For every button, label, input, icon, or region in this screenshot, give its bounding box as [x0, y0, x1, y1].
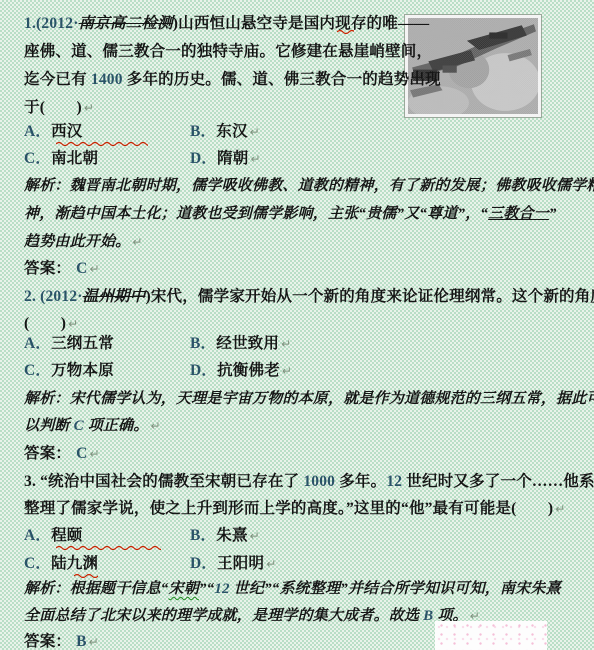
q2-option-c: C．万物本原 — [24, 361, 190, 381]
q2-option-c-text: 万物本原 — [51, 362, 114, 379]
q2-option-a-key: A． — [24, 335, 51, 352]
worksheet-page: 1.(2012·南京高二检测)山西恒山悬空寺是国内现存的唯—— 座佛、道、儒三教… — [0, 0, 594, 650]
q3-option-c-key: C． — [24, 555, 51, 572]
q3-option-b: B．朱熹 — [190, 527, 248, 544]
q1-option-c-text: 南北朝 — [51, 150, 98, 167]
q2-options-row-cd: C．万物本原D．抗衡佛老↵ — [24, 361, 292, 381]
q1-analysis-underlined-term: 三教合一 — [488, 206, 549, 222]
q2-analysis-letter: C — [74, 418, 84, 434]
q1-stem-text: )山西恒山悬空寺是国内现存的唯—— — [173, 15, 430, 32]
q3-option-a-key: A． — [24, 527, 51, 544]
q1-answer-row: 答案：C↵ — [24, 259, 100, 279]
q1-source-citation: 南京高二检测 — [79, 15, 173, 32]
paragraph-mark: ↵ — [250, 529, 260, 543]
q1-stem-line4: 于( )↵ — [24, 98, 94, 118]
paragraph-mark: ↵ — [250, 125, 260, 139]
q3-stem-text: 世纪时又多了一个……他系统 — [402, 473, 594, 490]
q3-stem-text: 整理了儒家学说，使之上升到形而上学的高度。”这里的“他”最有可能是( ) — [24, 500, 553, 517]
q3-analysis-letter: B — [423, 608, 433, 624]
q1-option-d-key: D． — [190, 150, 217, 167]
q3-analysis-text: ”“ — [199, 581, 214, 597]
q1-option-a-key: A． — [24, 123, 51, 140]
q2-source-citation: 温州期中 — [83, 288, 146, 305]
paragraph-mark: ↵ — [90, 447, 100, 461]
q3-answer-letter: B — [76, 633, 87, 650]
q1-analysis-text: 神，渐趋中国本土化；道教也受到儒学影响，主张“贵儒”又“尊道”，“ — [24, 206, 488, 222]
q3-analysis-line2: 全面总结了北宋以来的理学成就，是理学的集大成者。故选 B 项。↵ — [24, 606, 480, 626]
paragraph-mark: ↵ — [90, 262, 100, 276]
q2-option-b: B．经世致用 — [190, 335, 279, 352]
paragraph-mark: ↵ — [251, 152, 261, 166]
q3-analysis-text: 根据题干信息“ — [70, 581, 169, 597]
q1-answer-letter: C — [76, 260, 87, 277]
q2-options-row-ab: A．三纲五常B．经世致用↵ — [24, 334, 291, 354]
q2-option-d-key: D． — [190, 362, 217, 379]
q3-option-d: D．王阳明 — [190, 555, 264, 572]
q2-option-d-text: 抗衡佛老 — [217, 362, 280, 379]
spellcheck-squiggle-red — [56, 544, 161, 550]
q2-option-a: A．三纲五常 — [24, 334, 190, 354]
q3-stem-text: 多年。 — [335, 473, 386, 490]
paragraph-mark: ↵ — [132, 235, 142, 249]
q1-option-b-key: B． — [190, 123, 216, 140]
paragraph-mark: ↵ — [68, 317, 78, 331]
q1-options-row-ab: A．西汉B．东汉↵ — [24, 122, 260, 142]
q3-options-row-ab: A．程颐B．朱熹↵ — [24, 526, 260, 546]
q1-stem-line3: 迄今已有 1400 多年的历史。儒、道、佛三教合一的趋势出现 — [24, 70, 441, 90]
q3-analysis-text: 全面总结了北宋以来的理学成就，是理学的集大成者。故选 — [24, 608, 423, 624]
q1-stem-text: 迄今已有 — [24, 71, 91, 88]
q1-stem-number: 1400 — [91, 71, 123, 88]
q1-analysis-line1: 解析：魏晋南北朝时期，儒学吸收佛教、道教的精神，有了新的发展；佛教吸收儒学精 — [24, 176, 594, 196]
q1-analysis-line2: 神，渐趋中国本土化；道教也受到儒学影响，主张“贵儒”又“尊道”，“三教合一” — [24, 204, 557, 224]
q2-analysis-text: 项正确。 — [84, 418, 149, 434]
q2-number: 2. ( — [24, 288, 45, 305]
q3-stem-number: 12 — [386, 473, 402, 490]
q2-option-a-text: 三纲五常 — [51, 335, 114, 352]
q2-stem-line2: ( )↵ — [24, 314, 78, 334]
q3-option-a-text: 程颐 — [51, 527, 82, 544]
analysis-label: 解析： — [24, 581, 70, 597]
q2-analysis-text: 以判断 — [24, 418, 74, 434]
q1-analysis-text: 魏晋南北朝时期，儒学吸收佛教、道教的精神，有了新的发展；佛教吸收儒学精 — [70, 178, 594, 194]
q1-stem-text: 于( ) — [24, 99, 82, 116]
paragraph-mark: ↵ — [555, 502, 565, 516]
q2-analysis-line2: 以判断 C 项正确。↵ — [24, 416, 161, 436]
q2-source-year: 2012· — [45, 288, 82, 305]
q2-stem-text: )宋代，儒学家开始从一个新的角度来论证伦理纲常。这个新的角度是 — [145, 288, 594, 305]
q2-option-d: D．抗衡佛老 — [190, 362, 280, 379]
q2-option-c-key: C． — [24, 362, 51, 379]
q1-option-d-text: 隋朝 — [217, 150, 248, 167]
answer-label: 答案： — [24, 633, 71, 650]
spellcheck-squiggle-red — [337, 28, 354, 34]
answer-label: 答案： — [24, 260, 71, 277]
q1-analysis-text: ” — [549, 206, 557, 222]
q1-option-b-text: 东汉 — [216, 123, 247, 140]
q2-stem-text: ( ) — [24, 315, 66, 332]
q2-analysis-text: 宋代儒学认为，天理是宇宙万物的本原，就是作为道德规范的三纲五常，据此可 — [70, 391, 594, 407]
spellcheck-squiggle-red — [74, 572, 98, 578]
q1-stem-line1: 1.(2012·南京高二检测)山西恒山悬空寺是国内现存的唯—— — [24, 14, 429, 34]
q1-stem-line2: 座佛、道、儒三教合一的独特寺庙。它修建在悬崖峭壁间， — [24, 42, 432, 62]
paragraph-mark: ↵ — [84, 101, 94, 115]
q1-analysis-line3: 趋势由此开始。↵ — [24, 232, 143, 252]
q3-analysis-line1: 解析：根据题干信息“宋朝”“12 世纪”“系统整理”并结合所学知识可知，南宋朱熹 — [24, 579, 561, 599]
q3-option-c-text: 陆九渊 — [51, 555, 98, 572]
q3-analysis-grammarcheck-term: 宋朝 — [169, 581, 199, 597]
watermark-box — [435, 621, 547, 650]
q1-number: 1.( — [24, 15, 41, 32]
q3-answer-row: 答案：B↵ — [24, 632, 99, 650]
q1-stem-text: 多年的历史。儒、道、佛三教合一的趋势出现 — [123, 71, 441, 88]
q1-stem-text: 座佛、道、儒三教合一的独特寺庙。它修建在悬崖峭壁间， — [24, 43, 432, 60]
analysis-label: 解析： — [24, 391, 70, 407]
q3-stem-text: 3. “统治中国社会的儒教至宋朝已存在了 — [24, 473, 303, 490]
q3-stem-number: 1000 — [303, 473, 335, 490]
q3-analysis-text: 世纪”“系统整理”并结合所学知识可知，南宋朱熹 — [230, 581, 561, 597]
paragraph-mark: ↵ — [281, 337, 291, 351]
q1-option-c: C．南北朝 — [24, 149, 190, 169]
q3-option-a: A．程颐 — [24, 526, 190, 546]
q3-option-c: C．陆九渊 — [24, 554, 190, 574]
q2-analysis-line1: 解析：宋代儒学认为，天理是宇宙万物的本原，就是作为道德规范的三纲五常，据此可 — [24, 389, 594, 409]
q3-analysis-number: 12 — [214, 581, 229, 597]
paragraph-mark: ↵ — [282, 364, 292, 378]
q1-option-d: D．隋朝 — [190, 150, 249, 167]
q2-answer-letter: C — [76, 445, 87, 462]
paragraph-mark: ↵ — [266, 557, 276, 571]
q1-options-row-cd: C．南北朝D．隋朝↵ — [24, 149, 261, 169]
q2-stem-line1: 2. (2012·温州期中)宋代，儒学家开始从一个新的角度来论证伦理纲常。这个新… — [24, 287, 594, 307]
q1-option-a: A．西汉 — [24, 122, 190, 142]
q3-stem-line2: 整理了儒家学说，使之上升到形而上学的高度。”这里的“他”最有可能是( )↵ — [24, 499, 566, 519]
paragraph-mark: ↵ — [89, 635, 99, 649]
q1-option-c-key: C． — [24, 150, 51, 167]
q1-source-year: 2012· — [41, 15, 78, 32]
q3-option-b-text: 朱熹 — [216, 527, 247, 544]
q3-options-row-cd: C．陆九渊D．王阳明↵ — [24, 554, 276, 574]
q3-option-b-key: B． — [190, 527, 216, 544]
q1-analysis-text: 趋势由此开始。 — [24, 234, 130, 250]
q3-stem-line1: 3. “统治中国社会的儒教至宋朝已存在了 1000 多年。12 世纪时又多了一个… — [24, 472, 594, 492]
q1-option-a-text: 西汉 — [51, 123, 82, 140]
answer-label: 答案： — [24, 445, 71, 462]
spellcheck-squiggle-red — [56, 140, 148, 146]
q2-option-b-text: 经世致用 — [216, 335, 279, 352]
q1-option-b: B．东汉 — [190, 123, 248, 140]
q2-option-b-key: B． — [190, 335, 216, 352]
q2-answer-row: 答案：C↵ — [24, 444, 100, 464]
analysis-label: 解析： — [24, 178, 70, 194]
q3-option-d-text: 王阳明 — [217, 555, 264, 572]
paragraph-mark: ↵ — [151, 419, 161, 433]
q3-option-d-key: D． — [190, 555, 217, 572]
